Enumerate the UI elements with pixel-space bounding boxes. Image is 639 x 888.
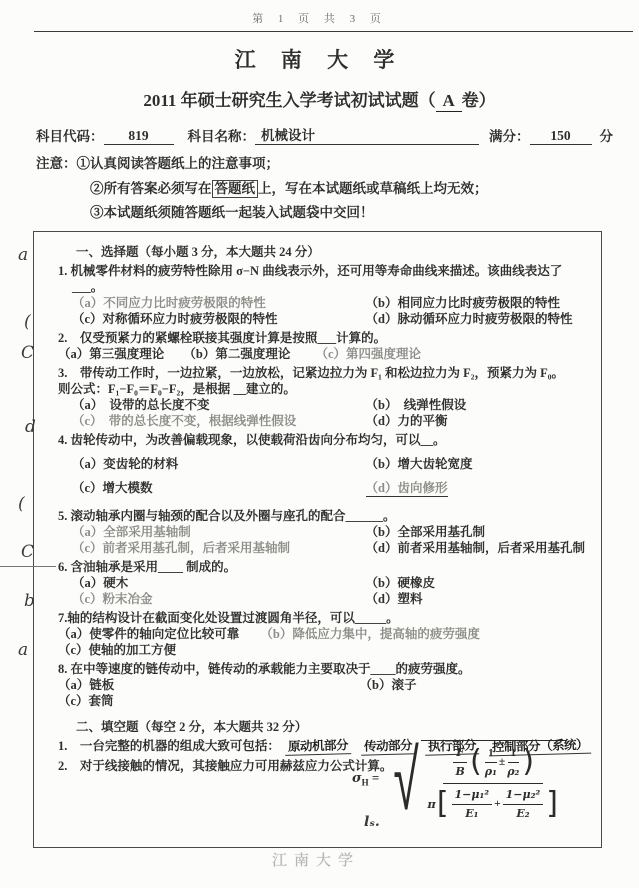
stray-pen-line: [0, 566, 56, 567]
q1-blank: ___。: [58, 279, 587, 295]
notice-item-2: ②所有答案必须写在答题纸上，写在本试题纸或草稿纸上均无效；: [90, 182, 629, 196]
section2-title: 二、填空题（每空 2 分，本大题共 32 分）: [76, 719, 587, 735]
q6-options-row2: （c）粉末冶金 （d）塑料: [58, 591, 587, 607]
plus-sign: +: [494, 796, 501, 812]
q7-option-c: （c）使轴的加工方便: [58, 642, 587, 658]
q3-options-row1: （a） 设带的总长度不变 （b） 线弹性假设: [58, 397, 587, 413]
q5-options-row2: （c）前者采用基孔制，后者采用基轴制 （d）前者采用基轴制，后者采用基孔制: [58, 540, 587, 556]
width-B: B: [455, 763, 464, 780]
q2-option-b: （b）第二强度理论: [183, 347, 290, 361]
one-minus-mu2sq: 1−μ₂²: [503, 787, 544, 805]
q4-option-d: （d）齿向修形: [366, 480, 448, 497]
notice-2-post: 上，写在本试题纸或草稿纸上均无效；: [258, 181, 488, 196]
left-bracket: [: [437, 789, 449, 819]
right-paren: ): [522, 747, 534, 777]
handwritten-formula-note: lₛ.: [364, 814, 380, 830]
q4-options-row1: （a）变齿轮的材料 （b）增大齿轮宽度: [58, 456, 587, 472]
question-6: 6. 含油轴承是采用____ 制成的。 （a）硬木 （b）硬橡皮 （c）粉末冶金…: [58, 559, 587, 607]
question-2: 2. 仅受预紧力的紧螺栓联接其强度计算是按照___计算的。 （a）第三强度理论 …: [58, 330, 587, 362]
left-paren: (: [470, 747, 482, 777]
page-number-header: 第 1 页 共 3 页: [0, 0, 639, 26]
question-4: 4. 齿轮传动中，为改善偏载现象，以使载荷沿齿向分布均匀，可以__。 （a）变齿…: [58, 432, 587, 505]
E1: E₁: [465, 805, 478, 822]
q3-text: 3. 带传动工作时，一边拉紧，一边放松，记紧边拉力为 F₁ 和松边拉力为 F₂，…: [58, 365, 587, 381]
q4-options-row2: （c）增大模数 （d）齿向修形: [58, 480, 587, 497]
formula-lhs: σH =: [352, 770, 379, 791]
question-7: 7.轴的结构设计在截面变化处设置过渡圆角半径，可以_____。 （a）使零件的轴…: [58, 610, 587, 658]
sigma-symbol: σ: [352, 771, 362, 786]
q8-options-row1: （a）链板 （b）滚子: [58, 677, 587, 693]
q6-options-row1: （a）硬木 （b）硬橡皮: [58, 575, 587, 591]
q8-option-b: （b）滚子: [360, 677, 587, 693]
q1-options-row1: （a）不同应力比时疲劳极限的特性 （b）相同应力比时疲劳极限的特性: [58, 295, 587, 311]
q5-options-row1: （a）全部采用基轴制 （b）全部采用基孔制: [58, 524, 587, 540]
pi-symbol: π: [427, 796, 435, 812]
plus-minus-sign: ±: [499, 754, 505, 770]
paper-letter: A: [436, 91, 462, 112]
numeral-one-2: 1: [508, 745, 520, 763]
question-box: 一、选择题（每小题 3 分，本大题共 24 分） 1. 机械零件材料的疲劳特性除…: [33, 231, 602, 848]
exam-title-suffix: 卷）: [462, 91, 496, 110]
one-over-rho1: 1 ρ₁: [485, 745, 497, 780]
answer-sheet-boxed-term: 答题纸: [212, 180, 259, 198]
q1-option-d: （d）脉动循环应力时疲劳极限的特性: [366, 311, 587, 327]
q7-options-row1: （a）使零件的轴向定位比较可靠 （b）降低应力集中，提高轴的疲劳强度: [58, 626, 587, 642]
q3-option-c: （c） 带的总长度不变，根据线弹性假设: [72, 413, 366, 429]
handwritten-answer-q4: d: [25, 419, 36, 436]
one-over-rho2: 1 ρ₂: [507, 745, 519, 780]
notice-1-text: ①认真阅读答题纸上的注意事项；: [77, 156, 280, 171]
notice-2-pre: ②所有答案必须写在: [90, 181, 212, 196]
q2-options: （a）第三强度理论 （b）第二强度理论 （c）第四强度理论: [58, 346, 587, 362]
score-label: 满分：: [489, 125, 530, 145]
F-over-B: F B: [453, 745, 467, 780]
q8-option-c: （c）套筒: [58, 693, 587, 709]
question-3: 3. 带传动工作时，一边拉紧，一边放松，记紧边拉力为 F₁ 和松边拉力为 F₂，…: [58, 365, 587, 429]
university-watermark: 江南大学: [272, 849, 360, 870]
q3-options-row2: （c） 带的总长度不变，根据线弹性假设 （d）力的平衡: [58, 413, 587, 429]
notice-item-1: 注意：①认真阅读答题纸上的注意事项；: [36, 157, 629, 171]
q3-option-b: （b） 线弹性假设: [366, 397, 587, 413]
notice-label: 注意：: [36, 156, 77, 171]
q6-text: 6. 含油轴承是采用____ 制成的。: [58, 559, 587, 575]
q6-option-a: （a）硬木: [72, 575, 366, 591]
one-minus-mu1sq: 1−μ₁²: [452, 787, 493, 805]
q8-option-a: （a）链板: [58, 677, 360, 693]
notice-item-3: ③本试题纸须随答题纸一起装入试题袋中交回！: [90, 206, 629, 220]
hertz-stress-formula: σH = √ F B ( 1 ρ₁: [352, 740, 567, 822]
q1-text: 1. 机械零件材料的疲劳特性除用 σ−N 曲线表示外，还可用等寿命曲线来描述。该…: [58, 263, 587, 279]
course-code-label: 科目代码：: [36, 125, 104, 145]
E2: E₂: [516, 805, 529, 822]
right-bracket: ]: [546, 789, 558, 819]
course-info-line: 科目代码： 819 科目名称： 机械设计 满分： 150 分: [36, 124, 627, 145]
handwritten-answer-q2: (: [24, 314, 31, 331]
q1-option-b: （b）相同应力比时疲劳极限的特性: [366, 295, 587, 311]
score-value: 150: [530, 128, 592, 145]
q3-option-a: （a） 设带的总长度不变: [72, 397, 366, 413]
q1-option-a: （a）不同应力比时疲劳极限的特性: [72, 295, 366, 311]
handwritten-answer-q1: a: [18, 247, 28, 264]
handwritten-answer-q6: C: [21, 544, 34, 561]
q5-text: 5. 滚动轴承内圈与轴颈的配合以及外圈与座孔的配合______。: [58, 508, 587, 524]
header-divider: [34, 31, 633, 32]
q4-option-a: （a）变齿轮的材料: [72, 456, 366, 472]
rho1: ρ₁: [485, 763, 497, 780]
exam-title-prefix: 2011 年硕士研究生入学考试初试试题（: [143, 91, 435, 110]
university-title: 江 南 大 学: [0, 44, 639, 74]
q5-option-b: （b）全部采用基孔制: [366, 524, 587, 540]
q4-option-c: （c）增大模数: [72, 480, 366, 497]
fq1-handwritten-answer-1: 原动机部分: [285, 737, 351, 756]
course-code-value: 819: [104, 128, 174, 145]
main-fraction: F B ( 1 ρ₁ ± 1 ρ₂: [427, 745, 559, 822]
question-1: 1. 机械零件材料的疲劳特性除用 σ−N 曲线表示外，还可用等寿命曲线来描述。该…: [58, 263, 587, 327]
q3-option-d: （d）力的平衡: [366, 413, 587, 429]
exam-title: 2011 年硕士研究生入学考试初试试题（A卷）: [0, 86, 639, 112]
q4-text: 4. 齿轮传动中，为改善偏载现象，以使载荷沿齿向分布均匀，可以__。: [58, 432, 587, 448]
q5-option-a: （a）全部采用基轴制: [72, 524, 366, 540]
mu2-term: 1−μ₂² E₂: [503, 787, 544, 822]
handwritten-answer-q3: C: [21, 345, 34, 362]
course-name-value: 机械设计: [255, 124, 479, 145]
fraction-denominator: π [ 1−μ₁² E₁ + 1−μ₂² E₂ ]: [427, 784, 559, 822]
question-8: 8. 在中等速度的链传动中，链传动的承载能力主要取决于____的疲劳强度。 （a…: [58, 661, 587, 709]
q5-option-d: （d）前者采用基轴制，后者采用基孔制: [366, 540, 587, 556]
numeral-one: 1: [485, 745, 497, 763]
q5-option-c: （c）前者采用基孔制，后者采用基轴制: [72, 540, 366, 556]
sigma-subscript: H: [362, 778, 369, 788]
equals-sign: =: [372, 770, 379, 785]
q2-option-c: （c）第四强度理论: [315, 347, 421, 361]
q1-options-row2: （c）对称循环应力时疲劳极限的特性 （d）脉动循环应力时疲劳极限的特性: [58, 311, 587, 327]
score-unit: 分: [600, 125, 614, 145]
fq1-text: 1. 一台完整的机器的组成大致可包括：: [58, 739, 280, 753]
section1-title: 一、选择题（每小题 3 分，本大题共 24 分）: [76, 244, 587, 260]
q4-option-b: （b）增大齿轮宽度: [366, 456, 587, 472]
handwritten-answer-q8: a: [18, 642, 28, 659]
q3-text2: 则公式：F₁−F₀＝F₀−F₂，是根据 __建立的。: [58, 381, 587, 397]
force-F: F: [453, 745, 467, 763]
course-name-label: 科目名称：: [188, 125, 256, 145]
handwritten-answer-q5: (: [18, 496, 25, 513]
q1-option-c: （c）对称循环应力时疲劳极限的特性: [72, 311, 366, 327]
question-5: 5. 滚动轴承内圈与轴颈的配合以及外圈与座孔的配合______。 （a）全部采用…: [58, 508, 587, 556]
exam-paper-page: 第 1 页 共 3 页 江 南 大 学 2011 年硕士研究生入学考试初试试题（…: [0, 0, 639, 888]
radical-sign: √: [394, 738, 419, 822]
q7-text: 7.轴的结构设计在截面变化处设置过渡圆角半径，可以_____。: [58, 610, 587, 626]
rho2: ρ₂: [507, 763, 519, 780]
q8-text: 8. 在中等速度的链传动中，链传动的承载能力主要取决于____的疲劳强度。: [58, 661, 587, 677]
notice-block: 注意：①认真阅读答题纸上的注意事项； ②所有答案必须写在答题纸上，写在本试题纸或…: [36, 157, 629, 220]
fraction-numerator: F B ( 1 ρ₁ ± 1 ρ₂: [443, 745, 543, 784]
q6-option-d: （d）塑料: [366, 591, 587, 607]
radical-body: F B ( 1 ρ₁ ± 1 ρ₂: [421, 740, 567, 822]
q7-option-a: （a）使零件的轴向定位比较可靠: [58, 627, 239, 641]
q2-text: 2. 仅受预紧力的紧螺栓联接其强度计算是按照___计算的。: [58, 330, 587, 346]
q6-option-b: （b）硬橡皮: [366, 575, 587, 591]
q7-option-b: （b）降低应力集中，提高轴的疲劳强度: [260, 627, 479, 641]
q6-option-c: （c）粉末冶金: [72, 591, 366, 607]
handwritten-answer-q7: b: [24, 593, 35, 610]
square-root: √ F B ( 1 ρ₁ ±: [383, 740, 567, 822]
mu1-term: 1−μ₁² E₁: [452, 787, 493, 822]
q2-option-a: （a）第三强度理论: [58, 347, 164, 361]
